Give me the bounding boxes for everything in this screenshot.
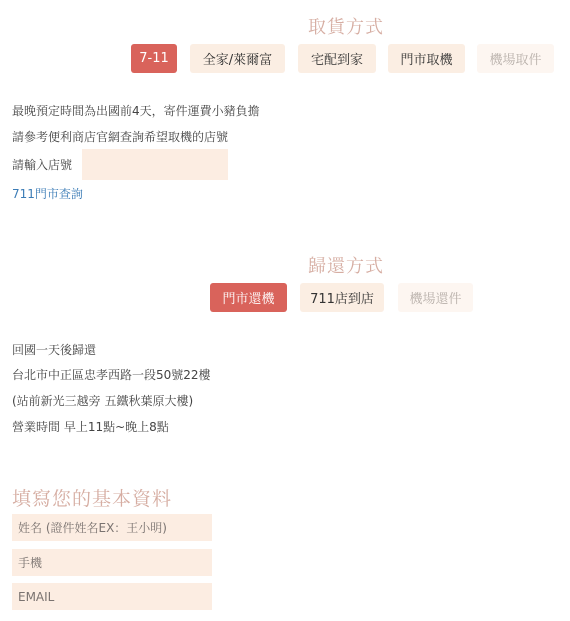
pickup-option-store-pickup[interactable]: 門市取機 — [388, 44, 465, 73]
pickup-option-home-delivery[interactable]: 宅配到家 — [298, 44, 376, 73]
pickup-store-lookup-note: 請參考便利商店官網查詢希望取機的店號 — [12, 128, 228, 145]
option-label: 門市取機 — [400, 49, 452, 68]
return-option-store[interactable]: 門市還機 — [210, 283, 287, 312]
return-business-hours: 營業時間 早上11點~晚上8點 — [12, 418, 169, 435]
option-label: 機場取件 — [489, 49, 541, 68]
store-number-label: 請輸入店號 — [12, 156, 72, 173]
phone-field[interactable] — [12, 549, 212, 576]
return-option-airport[interactable]: 機場還件 — [398, 283, 473, 312]
return-address: 台北市中正區忠孝西路一段50號22樓 — [12, 366, 211, 383]
option-label: 711店到店 — [310, 288, 374, 307]
pickup-option-airport[interactable]: 機場取件 — [477, 44, 554, 73]
pickup-option-family-hilife[interactable]: 全家/萊爾富 — [190, 44, 285, 73]
return-option-711-store-to-store[interactable]: 711店到店 — [300, 283, 384, 312]
store-lookup-link[interactable]: 711門市查詢 — [12, 185, 83, 202]
return-title: 歸還方式 — [308, 252, 384, 278]
option-label: 機場還件 — [409, 288, 461, 307]
pickup-option-711[interactable]: 7-11 — [131, 44, 177, 73]
option-label: 全家/萊爾富 — [203, 49, 272, 68]
return-timing-note: 回國一天後歸還 — [12, 341, 96, 358]
pickup-title: 取貨方式 — [308, 13, 384, 39]
name-field[interactable] — [12, 514, 212, 541]
email-field[interactable] — [12, 583, 212, 610]
option-label: 7-11 — [139, 51, 169, 66]
store-number-input[interactable] — [82, 149, 228, 180]
form-title: 填寫您的基本資料 — [12, 484, 172, 511]
option-label: 宅配到家 — [311, 49, 363, 68]
option-label: 門市還機 — [222, 288, 274, 307]
return-address-landmark: (站前新光三越旁 五鐵秋葉原大樓) — [12, 392, 193, 409]
pickup-deadline-note: 最晚預定時間為出國前4天，寄件運費小豬負擔 — [12, 102, 260, 119]
